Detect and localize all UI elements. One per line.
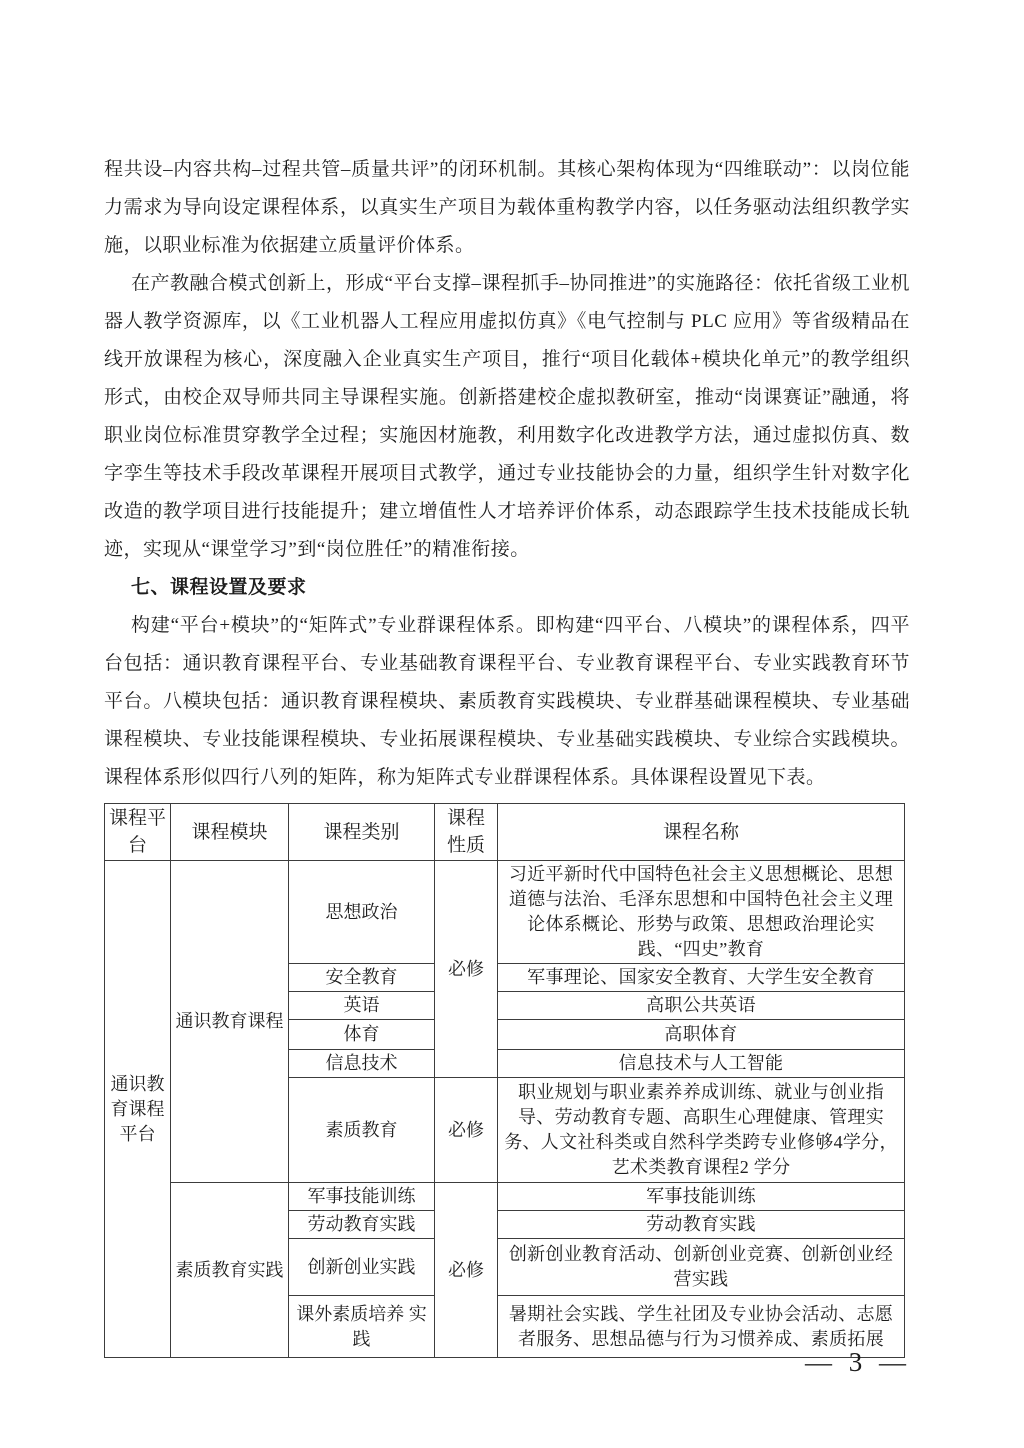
course-table: 课程平台 课程模块 课程类别 课程性质 课程名称 通识教育课程平台 通识教育课程… (104, 803, 905, 1358)
cell-category-innovation: 创新创业实践 (289, 1239, 435, 1296)
table-header-row: 课程平台 课程模块 课程类别 课程性质 课程名称 (105, 804, 905, 861)
header-course-module: 课程模块 (171, 804, 289, 861)
cell-category-pe: 体育 (289, 1020, 435, 1050)
cell-nature-required-1: 必修 (435, 861, 498, 1078)
document-page: 程共设–内容共构–过程共管–质量共评”的闭环机制。其核心架构体现为“四维联动”：… (0, 0, 1024, 1448)
cell-names-safety: 军事理论、国家安全教育、大学生安全教育 (498, 964, 905, 992)
cell-names-innovation: 创新创业教育活动、创新创业竞赛、创新创业经营实践 (498, 1239, 905, 1296)
cell-platform-general-education: 通识教育课程平台 (105, 861, 171, 1358)
header-course-name: 课程名称 (498, 804, 905, 861)
cell-module-quality-practice: 素质教育实践 (171, 1183, 289, 1358)
cell-names-ideology: 习近平新时代中国特色社会主义思想概论、思想道德与法治、毛泽东思想和中国特色社会主… (498, 861, 905, 964)
header-course-nature: 课程性质 (435, 804, 498, 861)
cell-names-labor-practice: 劳动教育实践 (498, 1211, 905, 1239)
table-row-ideology: 通识教育课程平台 通识教育课程 思想政治 必修 习近平新时代中国特色社会主义思想… (105, 861, 905, 964)
page-content: 程共设–内容共构–过程共管–质量共评”的闭环机制。其核心架构体现为“四维联动”：… (104, 151, 910, 1358)
cell-names-military-training: 军事技能训练 (498, 1183, 905, 1211)
cell-names-quality: 职业规划与职业素养养成训练、就业与创业指导、劳动教育专题、高职生心理健康、管理实… (498, 1078, 905, 1183)
cell-nature-required-2: 必修 (435, 1078, 498, 1183)
paragraph-industry-education-integration: 在产教融合模式创新上，形成“平台支撑–课程抓手–协同推进”的实施路径：依托省级工… (104, 265, 910, 569)
cell-category-it: 信息技术 (289, 1050, 435, 1078)
cell-category-safety: 安全教育 (289, 964, 435, 992)
paragraph-platform-module-matrix: 构建“平台+模块”的“矩阵式”专业群课程体系。即构建“四平台、八模块”的课程体系… (104, 607, 910, 797)
page-number: — 3 — (805, 1347, 906, 1378)
table-row-military-training: 素质教育实践 军事技能训练 必修 军事技能训练 (105, 1183, 905, 1211)
cell-category-quality: 素质教育 (289, 1078, 435, 1183)
cell-category-ideology: 思想政治 (289, 861, 435, 964)
cell-names-it: 信息技术与人工智能 (498, 1050, 905, 1078)
section-heading-course-setup: 七、课程设置及要求 (104, 569, 910, 607)
cell-category-english: 英语 (289, 992, 435, 1020)
cell-module-general-courses: 通识教育课程 (171, 861, 289, 1183)
header-course-category: 课程类别 (289, 804, 435, 861)
cell-names-english: 高职公共英语 (498, 992, 905, 1020)
cell-category-labor-practice: 劳动教育实践 (289, 1211, 435, 1239)
cell-category-military-training: 军事技能训练 (289, 1183, 435, 1211)
header-course-platform: 课程平台 (105, 804, 171, 861)
paragraph-closed-loop-mechanism: 程共设–内容共构–过程共管–质量共评”的闭环机制。其核心架构体现为“四维联动”：… (104, 151, 910, 265)
cell-names-pe: 高职体育 (498, 1020, 905, 1050)
cell-category-extracurricular: 课外素质培养 实践 (289, 1296, 435, 1358)
cell-nature-required-3: 必修 (435, 1183, 498, 1358)
